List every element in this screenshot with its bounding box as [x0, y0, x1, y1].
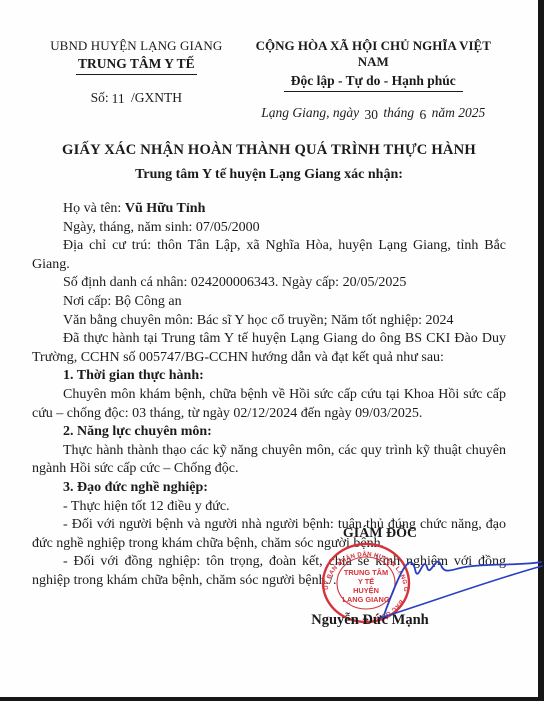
issue-month-value: 6 — [418, 107, 429, 122]
full-name-value: Vũ Hữu Tỉnh — [125, 201, 206, 216]
org-parent: UBND HUYỆN LẠNG GIANG — [32, 38, 241, 54]
scanned-document-page: UBND HUYỆN LẠNG GIANG TRUNG TÂM Y TẾ Số:… — [0, 0, 544, 701]
section1-heading: 1. Thời gian thực hành: — [32, 367, 506, 386]
section3-heading: 3. Đạo đức nghề nghiệp: — [32, 479, 506, 498]
scan-edge-bottom — [0, 697, 544, 701]
practice-intro: Đã thực hành tại Trung tâm Y tế huyện Lạ… — [32, 330, 506, 367]
handwritten-signature — [368, 543, 544, 628]
field-qualification: Văn bằng chuyên môn: Bác sĩ Y học cổ tru… — [32, 312, 506, 331]
document-number-value: 11 — [109, 91, 128, 106]
section2-heading: 2. Năng lực chuyên môn: — [32, 423, 506, 442]
section2-text: Thực hành thành thạo các kỹ năng chuyên … — [32, 442, 506, 479]
issue-day-value: 30 — [363, 107, 381, 122]
document-number: Số:11 /GXNTH — [32, 90, 241, 106]
header-issuing-org: UBND HUYỆN LẠNG GIANG TRUNG TÂM Y TẾ Số:… — [32, 38, 241, 121]
field-address: Địa chỉ cư trú: thôn Tân Lập, xã Nghĩa H… — [32, 237, 506, 274]
org-name: TRUNG TÂM Y TẾ — [32, 56, 241, 75]
header-national: CỘNG HÒA XÃ HỘI CHỦ NGHĨA VIỆT NAM Độc l… — [241, 38, 506, 121]
field-dob: Ngày, tháng, năm sinh: 07/05/2000 — [32, 219, 506, 238]
document-subtitle: Trung tâm Y tế huyện Lạng Giang xác nhận… — [32, 167, 506, 183]
document-title: GIẤY XÁC NHẬN HOÀN THÀNH QUÁ TRÌNH THỰC … — [32, 142, 506, 159]
national-motto: Độc lập - Tự do - Hạnh phúc — [241, 73, 506, 92]
section1-text: Chuyên môn khám bệnh, chữa bệnh về Hồi s… — [32, 386, 506, 423]
document-header: UBND HUYỆN LẠNG GIANG TRUNG TÂM Y TẾ Số:… — [32, 38, 506, 121]
field-issued-by: Nơi cấp: Bộ Công an — [32, 293, 506, 312]
issue-date-line: Lạng Giang, ngày 30 tháng 6 năm 2025 — [241, 105, 506, 121]
national-title: CỘNG HÒA XÃ HỘI CHỦ NGHĨA VIỆT NAM — [241, 38, 506, 70]
field-full-name: Họ và tên: Vũ Hữu Tỉnh — [32, 200, 506, 219]
field-id-number: Số định danh cá nhân: 024200006343. Ngày… — [32, 274, 506, 293]
document-content: UBND HUYỆN LẠNG GIANG TRUNG TÂM Y TẾ Số:… — [0, 0, 544, 590]
signer-title: GIÁM ĐỐC — [320, 526, 440, 542]
ethics-item: - Thực hiện tốt 12 điều y đức. — [32, 498, 506, 517]
